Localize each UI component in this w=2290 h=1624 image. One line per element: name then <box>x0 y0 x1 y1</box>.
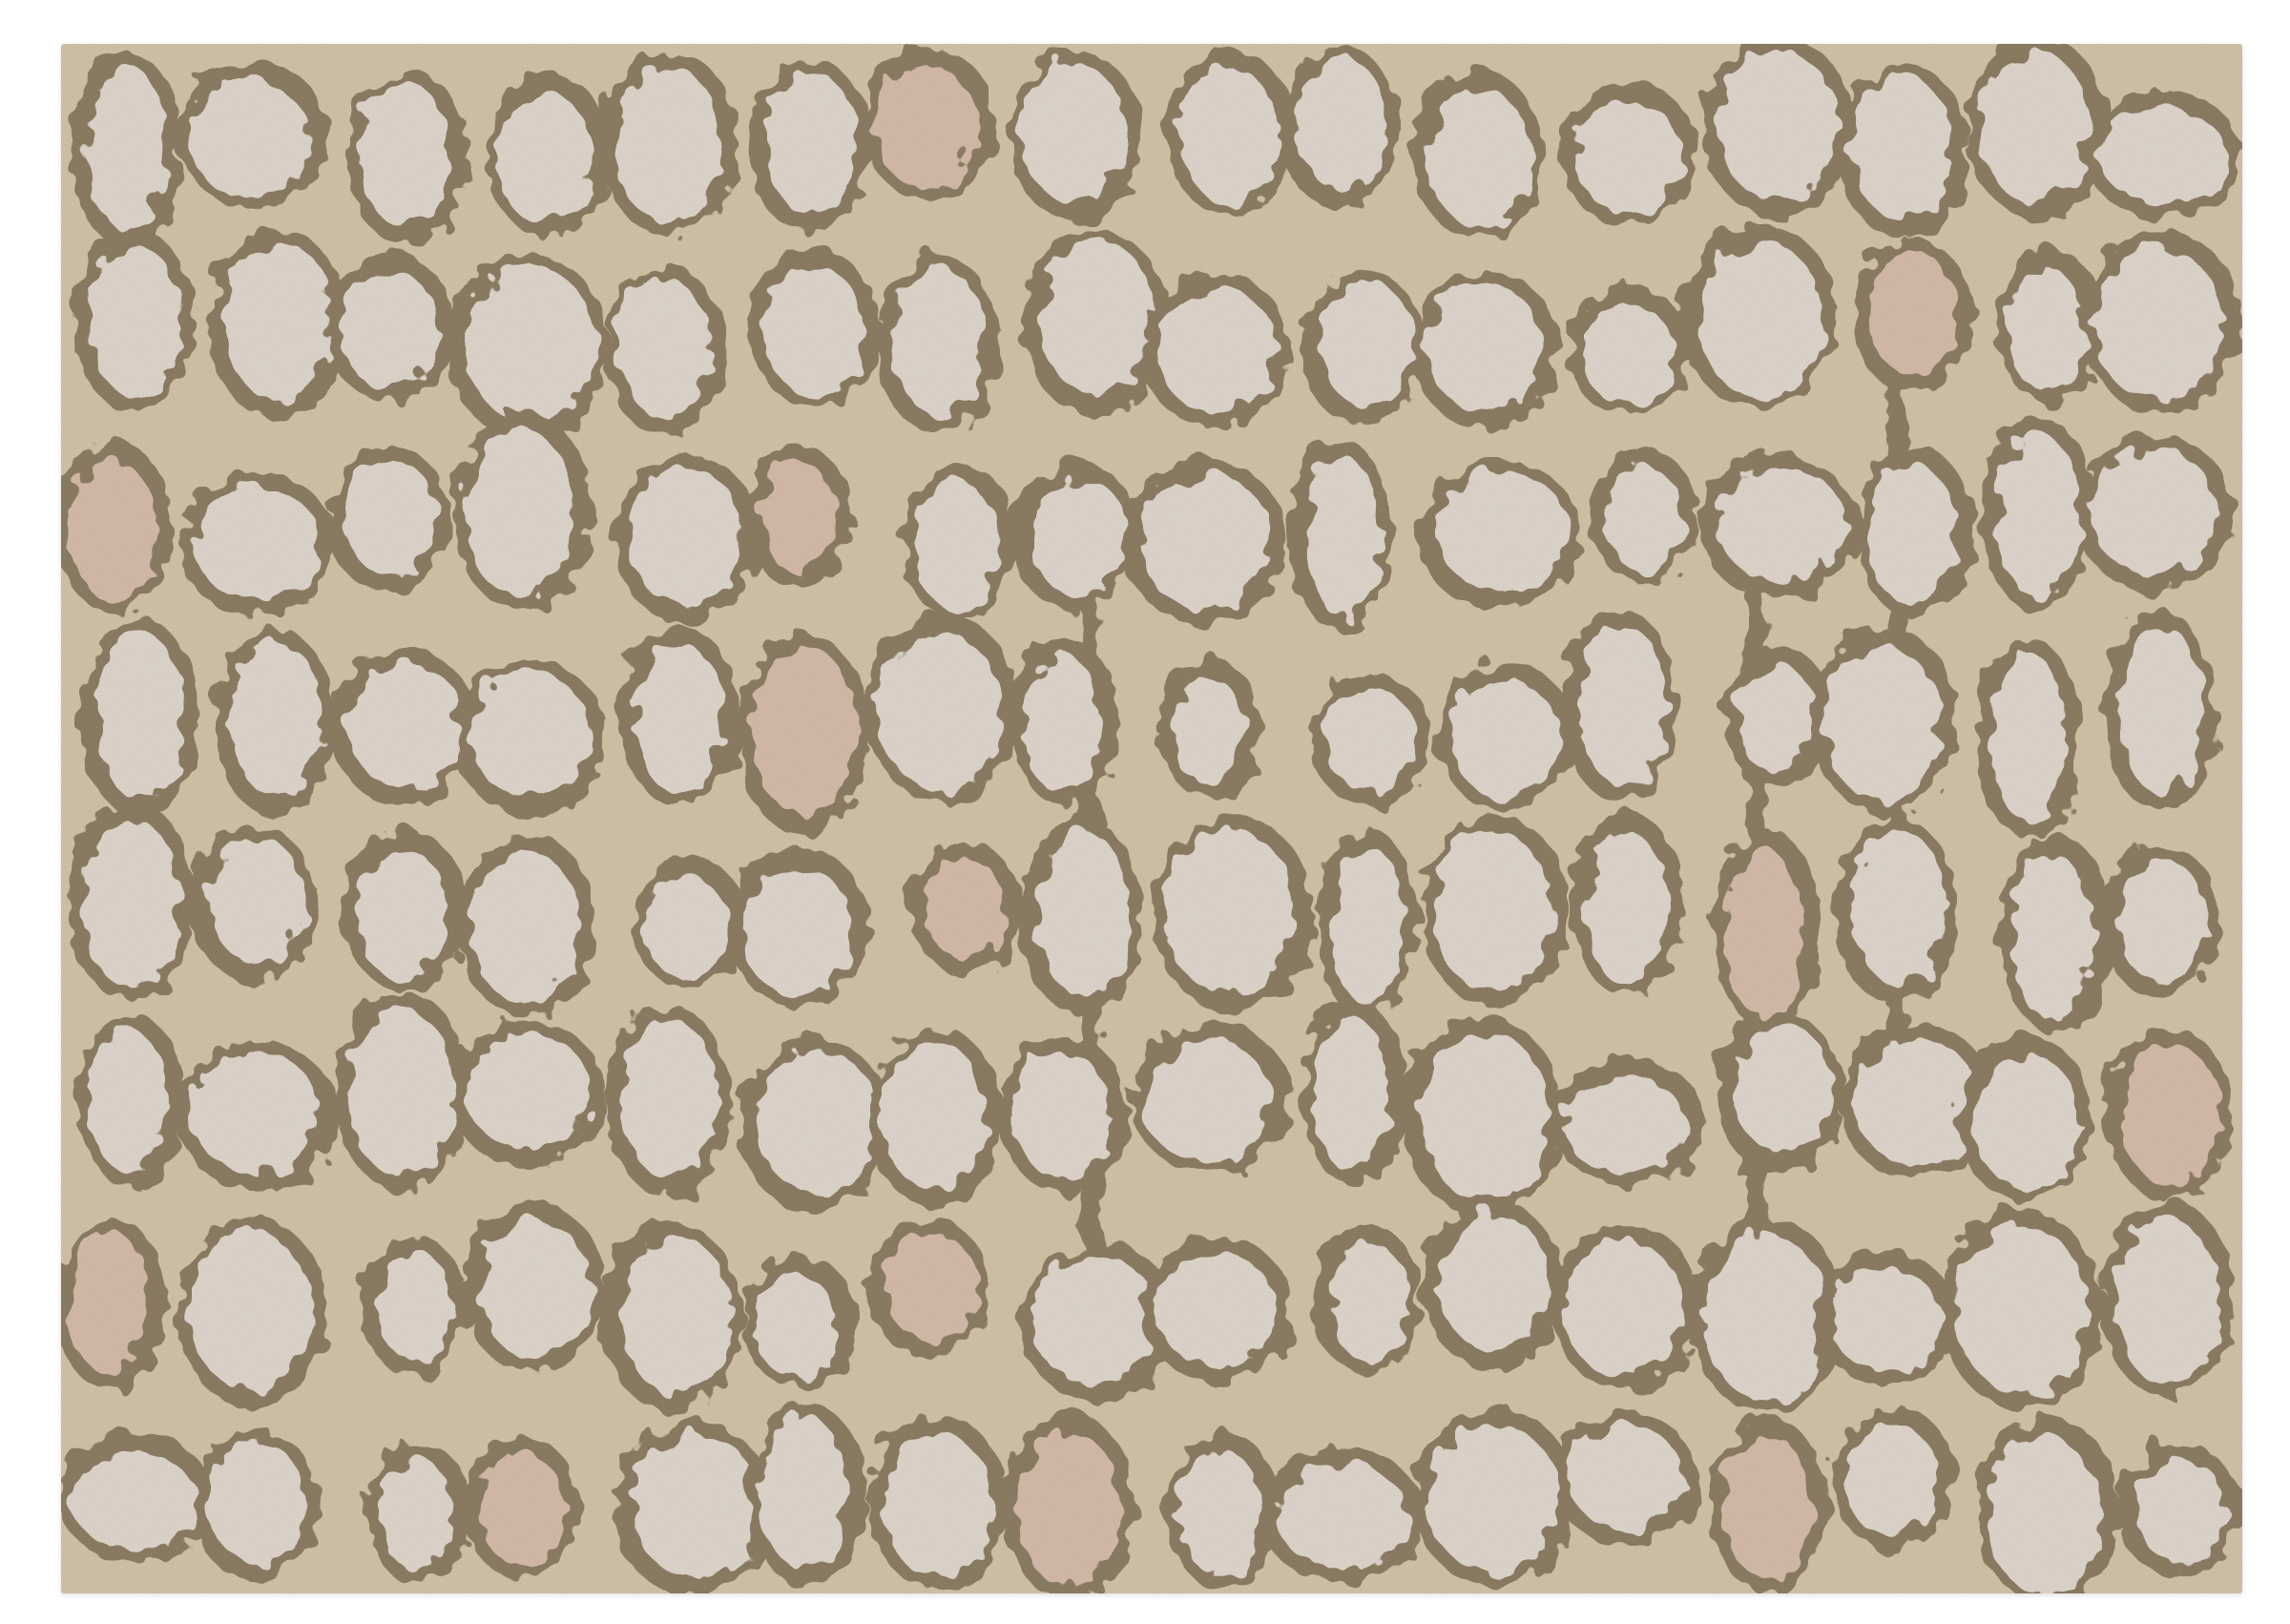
rug <box>61 44 2242 1593</box>
rug-pattern <box>61 44 2242 1593</box>
